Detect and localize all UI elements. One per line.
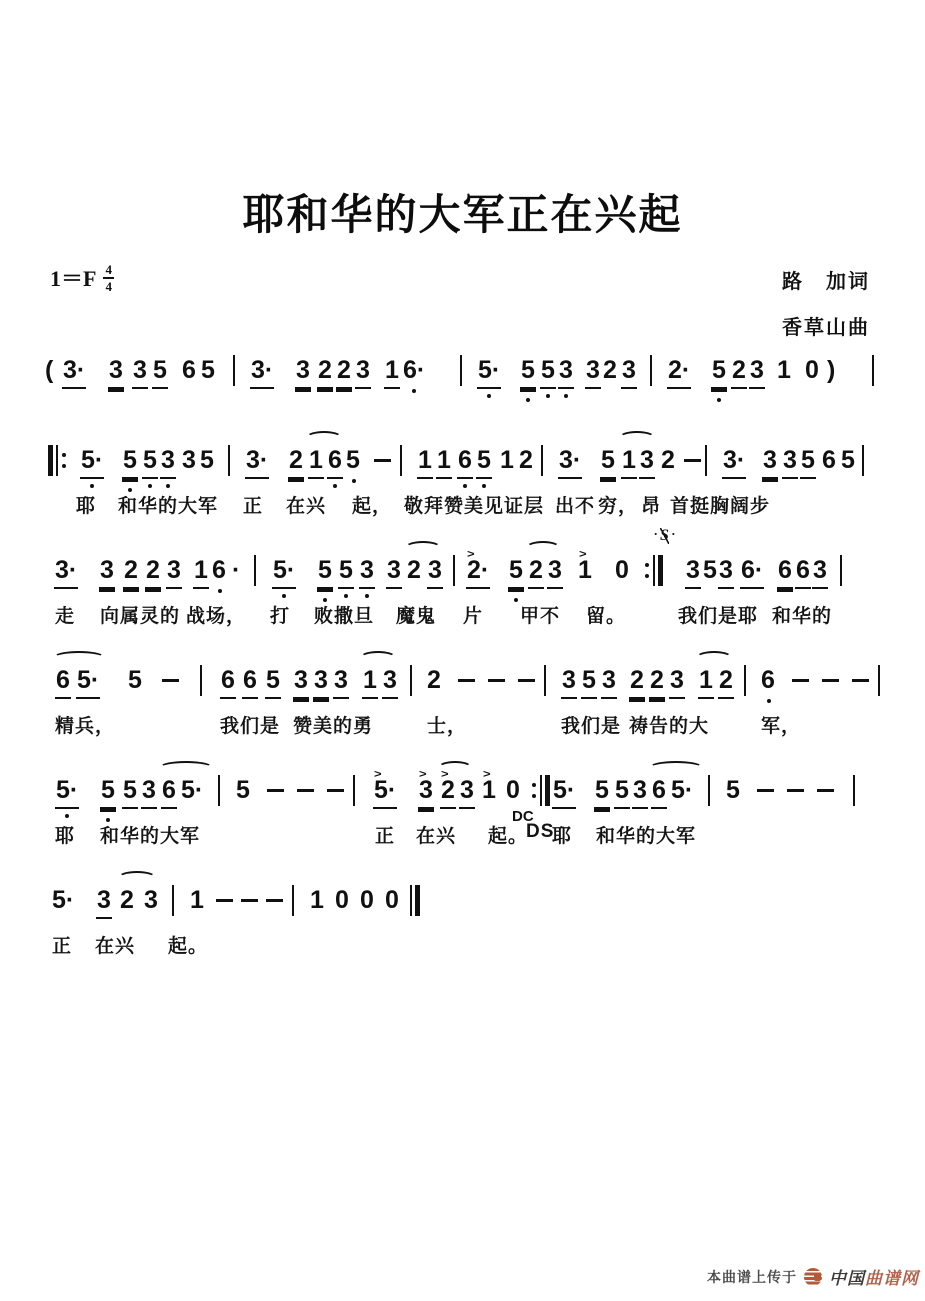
bar-thick [658, 555, 663, 586]
final-barline [410, 885, 420, 916]
note: 0 [805, 355, 819, 385]
barline [862, 445, 864, 476]
note: 2 [649, 665, 665, 699]
dot [645, 563, 649, 567]
upload-note: 本曲谱上传于 [707, 1267, 797, 1287]
note: 0 [360, 885, 374, 915]
barline [840, 555, 842, 586]
octave-dot [166, 484, 170, 488]
lyric-segment: 起。 [488, 821, 528, 848]
note: · [232, 555, 240, 585]
slur-arc [619, 431, 655, 441]
slur-arc [438, 761, 472, 771]
lyric-segment: 在兴 [416, 821, 456, 848]
note: 5·> [373, 775, 397, 809]
note: 3> [418, 775, 434, 809]
octave-dot [463, 484, 467, 488]
lyric-segment: 片 [463, 601, 483, 628]
duration-dash [787, 789, 804, 792]
lyric-segment: 战场， [186, 601, 246, 628]
note: 5 [581, 665, 597, 699]
meter-denominator: 4 [105, 280, 112, 293]
repeat-dots [532, 775, 536, 806]
repeat-dots [645, 555, 649, 586]
duration-dash [852, 679, 869, 682]
slur-arc [526, 541, 560, 551]
octave-dot [546, 394, 550, 398]
barline [254, 555, 256, 586]
note: 6 [220, 665, 236, 699]
note: 3 [132, 355, 148, 389]
note: 5 [122, 775, 138, 809]
note: 5 [338, 555, 354, 589]
lyric-segment: 穷， [598, 491, 638, 518]
note: 3 [762, 445, 778, 479]
octave-dot [148, 484, 152, 488]
note: 3 [96, 885, 112, 919]
lyric-segment: 昂 [641, 491, 661, 518]
segno-icon: S [660, 528, 669, 544]
note: 3 [182, 445, 196, 475]
barline [233, 355, 235, 386]
octave-dot [282, 594, 286, 598]
note: 3 [333, 665, 349, 699]
note: 3 [547, 555, 563, 589]
note: 5 [540, 355, 556, 389]
note: 1 [621, 445, 637, 479]
duration-dash [267, 789, 284, 792]
dot [62, 464, 66, 468]
octave-dot [344, 594, 348, 598]
note: 2 [427, 665, 441, 695]
lyric-segment: 我们是 [220, 711, 280, 738]
barline [353, 775, 355, 806]
note: 5 [800, 445, 816, 479]
lyric-segment: 正 [243, 491, 263, 518]
slur-arc [360, 651, 396, 661]
lyric-segment: 首挺胸阔步 [670, 491, 770, 518]
dot [645, 574, 649, 578]
note: 3 [782, 445, 798, 479]
lyric-segment: 祷告的大 [629, 711, 709, 738]
note: 5· [55, 775, 79, 809]
note: 3 [99, 555, 115, 589]
note: 3 [382, 665, 398, 699]
dot [532, 794, 536, 798]
slur-arc [159, 761, 213, 771]
site-name-red: 曲谱网 [865, 1269, 919, 1288]
barline [218, 775, 220, 806]
octave-dot [482, 484, 486, 488]
note: 6 [55, 665, 71, 699]
note: 3· [722, 445, 746, 479]
note: 2 [718, 665, 734, 699]
slur-arc [306, 431, 342, 441]
note: 5 [122, 445, 138, 479]
note: 5 [594, 775, 610, 809]
octave-dot [487, 394, 491, 398]
note: 1 [384, 355, 400, 389]
note: 2 [288, 445, 304, 479]
note: 3 [313, 665, 329, 699]
note: 3 [144, 885, 158, 915]
bar-thick [415, 885, 420, 916]
barline [650, 355, 652, 386]
note: 2 [519, 445, 533, 475]
repeat-end-barline [645, 555, 663, 586]
note: 5 [841, 445, 855, 475]
note: 0 [506, 775, 520, 805]
composer-credit: 香草山曲 [782, 311, 870, 340]
lyric-segment: 在兴 [95, 931, 135, 958]
note: 3 [718, 555, 734, 589]
parenthesis: ) [827, 355, 835, 385]
lyric-segment: 打 [270, 601, 290, 628]
note: 2 [528, 555, 544, 589]
note: 5 [100, 775, 116, 809]
note: 3· [62, 355, 86, 389]
barline [400, 445, 402, 476]
slur-arc [53, 651, 105, 661]
duration-dash [297, 789, 314, 792]
lyric-segment: 耶 [552, 821, 572, 848]
lyric-segment: 我们是 [561, 711, 621, 738]
note: 6 [327, 445, 343, 479]
note: 3 [669, 665, 685, 699]
note: 3 [160, 445, 176, 479]
lyricist-credit: 路 加词 [782, 265, 870, 294]
barline [705, 445, 707, 476]
lyric-segment: 赞美的勇 [293, 711, 373, 738]
note: 5 [711, 355, 727, 389]
note: 0 [335, 885, 349, 915]
note: 3 [359, 555, 375, 589]
note: 3· [54, 555, 78, 589]
note: 5 [317, 555, 333, 589]
barline [460, 355, 462, 386]
note: 3 [386, 555, 402, 589]
lyric-segment: 甲不 [520, 601, 560, 628]
octave-dot [412, 389, 416, 393]
site-logo-icon [804, 1268, 822, 1286]
lyric-segment: 向属灵的 [100, 601, 180, 628]
note: 6 [212, 555, 226, 585]
note: 5 [703, 555, 717, 585]
note: 3 [295, 355, 311, 389]
lyric-segment: 和华的大军 [118, 491, 218, 518]
duration-dash [162, 679, 179, 682]
octave-dot [564, 394, 568, 398]
lyric-segment: 我们是 [678, 601, 738, 628]
note: 1 [417, 445, 433, 479]
note: 3 [459, 775, 475, 809]
note: 1 [500, 445, 514, 475]
lyric-segment: 正 [375, 821, 395, 848]
lyric-segment: 魔鬼 [396, 601, 436, 628]
barline [541, 445, 543, 476]
octave-dot [352, 479, 356, 483]
note: 2·> [466, 555, 490, 589]
note: 3 [293, 665, 309, 699]
note: 2 [123, 555, 139, 589]
lyric-segment: 士， [427, 711, 467, 738]
note: 3· [558, 445, 582, 479]
lyric-segment: 耶 [738, 601, 758, 628]
note: 5 [142, 445, 158, 479]
duration-dash [374, 459, 391, 462]
note: 1> [482, 775, 496, 805]
note: 1 [436, 445, 452, 479]
note: 5 [200, 445, 214, 475]
note: 3· [245, 445, 269, 479]
repeat-begin-barline [48, 445, 66, 476]
note: 3 [639, 445, 655, 479]
note: 5· [552, 775, 576, 809]
lyric-segment: 敬拜赞美见证 [404, 491, 524, 518]
note: 5· [272, 555, 296, 589]
lyric-segment: 军， [761, 711, 801, 738]
site-name: 中国曲谱网 [829, 1264, 919, 1289]
note: 6 [795, 555, 811, 589]
lyric-segment: 层 [524, 491, 544, 518]
duration-dash [327, 789, 344, 792]
lyric-segment: 精兵， [55, 711, 115, 738]
barline [172, 885, 174, 916]
lyric-segment: DS [526, 821, 554, 843]
lyric-segment: 留。 [586, 601, 626, 628]
note: 3 [621, 355, 637, 389]
note: 5· [52, 885, 74, 915]
accent-mark: > [419, 761, 427, 787]
note: 1 [190, 885, 204, 915]
note: 3 [108, 355, 124, 389]
bar-thin [540, 775, 542, 806]
octave-dot [333, 484, 337, 488]
barline [872, 355, 874, 386]
dot [62, 453, 66, 457]
note: 2 [629, 665, 645, 699]
lyric-segment: 起。 [168, 931, 208, 958]
note: 5 [614, 775, 630, 809]
lyric-segment: 和华的 [772, 601, 832, 628]
note: 5· [80, 445, 104, 479]
note: 5 [152, 355, 168, 389]
accent-mark: > [467, 541, 475, 567]
octave-dot [767, 699, 771, 703]
parenthesis: ( [45, 355, 53, 385]
note: 3 [558, 355, 574, 389]
note: 5· [671, 775, 693, 805]
accent-mark: > [579, 541, 587, 567]
octave-dot [65, 814, 69, 818]
note: 2 [407, 555, 421, 585]
accent-mark: > [483, 761, 491, 787]
site-name-dark: 中国 [829, 1269, 865, 1288]
note: 3 [427, 555, 443, 589]
note: 5 [236, 775, 250, 805]
footer: 本曲谱上传于 中国曲谱网 [707, 1264, 919, 1289]
barline [744, 665, 746, 696]
barline [453, 555, 455, 586]
bar-thin [410, 885, 412, 916]
note: 2 [336, 355, 352, 389]
note: 3 [749, 355, 765, 389]
note: 1 [698, 665, 714, 699]
note: 2 [120, 885, 134, 915]
note: 3 [166, 555, 182, 589]
barline [544, 665, 546, 696]
bar-thin [56, 445, 58, 476]
note: 5 [128, 665, 142, 695]
note: 5· [477, 355, 501, 389]
duration-dash [518, 679, 535, 682]
note: 1 [308, 445, 324, 479]
music-system: 5·553353·21651165123·51323·33565耶和华的大军正在… [0, 445, 925, 537]
duration-dash [817, 789, 834, 792]
note: 6 [777, 555, 793, 589]
note: 5· [76, 665, 100, 699]
duration-dash [266, 899, 283, 902]
bar-thick [545, 775, 550, 806]
note: 5 [600, 445, 616, 479]
note: 5 [265, 665, 281, 699]
duration-dash [822, 679, 839, 682]
note: 3 [561, 665, 577, 699]
slur-arc [405, 541, 441, 551]
note: 5 [726, 775, 740, 805]
lyric-segment: 在兴 [286, 491, 326, 518]
note: 6 [242, 665, 258, 699]
barline [708, 775, 710, 806]
repeat-end-barline [532, 775, 550, 806]
music-system: 65·5665333132353223126精兵，我们是赞美的勇士，我们是祷告的… [0, 665, 925, 757]
duration-dash [792, 679, 809, 682]
note: 2· [667, 355, 691, 389]
music-system: (3·335653·322316·5·5533232·52310) [0, 355, 925, 447]
lyric-segment: 出不 [555, 491, 595, 518]
note: 0 [385, 885, 399, 915]
music-system: 5·55365·55·>3>2>31>0DC5·55365·5耶和华的大军正在兴… [0, 775, 925, 867]
slur-arc [696, 651, 732, 661]
duration-dash [458, 679, 475, 682]
slur-arc [649, 761, 703, 771]
barline [853, 775, 855, 806]
note: 6 [161, 775, 177, 809]
duration-dash [684, 459, 701, 462]
bar-thin [653, 555, 655, 586]
note: 3 [685, 555, 701, 589]
note: 1> [578, 555, 592, 585]
octave-dot [218, 589, 222, 593]
barline [878, 665, 880, 696]
note: 1 [777, 355, 791, 385]
note: 6 [651, 775, 667, 809]
lyric-segment: 走 [55, 601, 75, 628]
note: 5 [476, 445, 492, 479]
note: 2 [661, 445, 675, 475]
time-signature: 4 4 [103, 263, 114, 293]
accent-mark: > [374, 761, 382, 787]
note: 3· [250, 355, 274, 389]
note: 2 [731, 355, 747, 389]
barline [292, 885, 294, 916]
note: 5 [520, 355, 536, 389]
barline [228, 445, 230, 476]
note: 2 [145, 555, 161, 589]
note: 5· [181, 775, 203, 805]
note: 6· [740, 555, 764, 589]
lyric-segment: 耶 [76, 491, 96, 518]
note: 3 [812, 555, 828, 589]
note: 0 [615, 555, 629, 585]
lyric-segment: 耶 [55, 821, 75, 848]
note: 2 [317, 355, 333, 389]
meter-numerator: 4 [103, 263, 114, 279]
key-tonic: 1＝F [50, 262, 96, 293]
note: 6· [403, 355, 425, 385]
sheet-music-page: 耶和华的大军正在兴起 1＝F 4 4 路 加词 香草山曲 (3·335653·3… [0, 0, 925, 1301]
key-signature: 1＝F 4 4 [50, 262, 114, 293]
slur-arc [118, 871, 156, 881]
note: 1 [310, 885, 324, 915]
note: 3 [601, 665, 617, 699]
duration-dash [757, 789, 774, 792]
note: 6 [822, 445, 836, 475]
note: 3 [632, 775, 648, 809]
duration-dash [241, 899, 258, 902]
octave-dot [717, 398, 721, 402]
lyric-segment: 和华的大军 [596, 821, 696, 848]
lyric-segment: 起， [352, 491, 392, 518]
barline [200, 665, 202, 696]
lyric-segment: 和华的大军 [100, 821, 200, 848]
note: 6 [457, 445, 473, 479]
note: 2> [440, 775, 456, 809]
note: 3 [355, 355, 371, 389]
note: 1 [362, 665, 378, 699]
note: 5 [508, 555, 524, 589]
octave-dot [526, 398, 530, 402]
octave-dot [514, 598, 518, 602]
note: 1 [193, 555, 209, 589]
music-system: 3·322316·5·5533232·>5231>0S3536·663走向属灵的… [0, 555, 925, 647]
song-title: 耶和华的大军正在兴起 [0, 182, 925, 242]
note: 3 [141, 775, 157, 809]
barline [410, 665, 412, 696]
duration-dash [216, 899, 233, 902]
repeat-dots [62, 445, 66, 476]
octave-dot [90, 484, 94, 488]
octave-dot [365, 594, 369, 598]
note: 3 [585, 355, 601, 389]
bar-thick [48, 445, 53, 476]
note: 5 [201, 355, 215, 385]
note: 6 [182, 355, 196, 385]
lyric-segment: 败撒旦 [314, 601, 374, 628]
note: 6 [761, 665, 775, 695]
note: 5 [346, 445, 360, 475]
music-system: 5·32311000正在兴起。 [0, 885, 925, 977]
note: 2 [603, 355, 617, 385]
dot [532, 783, 536, 787]
duration-dash [488, 679, 505, 682]
lyric-segment: 正 [52, 931, 72, 958]
